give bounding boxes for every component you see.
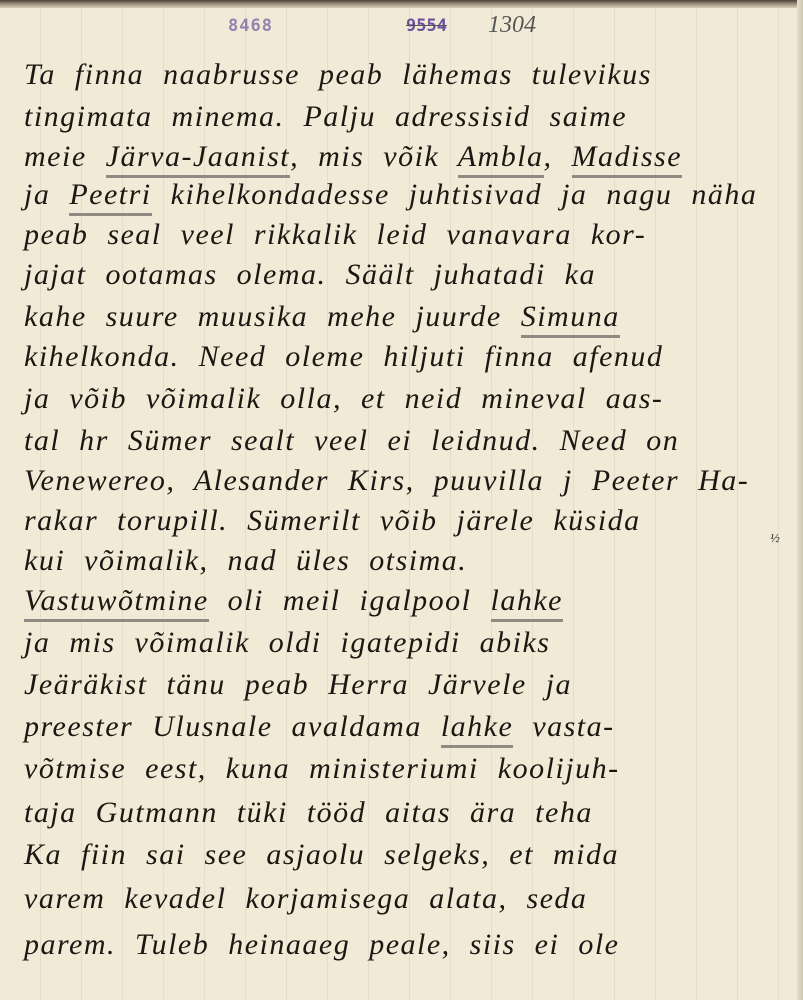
text-line: kui võimalik, nad üles otsima. xyxy=(24,544,784,578)
text-line: preester Ulusnale avaldama lahke vasta- xyxy=(24,710,784,744)
text-line: ja Peetri kihelkondadesse juhtisivad ja … xyxy=(24,178,784,212)
underlined-word: Järva-Jaanist xyxy=(106,140,290,178)
underlined-word: Madisse xyxy=(572,140,683,178)
text-line: tal hr Sümer sealt veel ei leidnud. Need… xyxy=(24,424,784,458)
paper-right-edge xyxy=(797,0,803,1000)
paper-top-edge xyxy=(0,0,803,8)
text-line: Venewereo, Alesander Kirs, puuvilla j Pe… xyxy=(24,464,784,498)
margin-note: ½ xyxy=(770,530,780,546)
text-line: Vastuwõtmine oli meil igalpool lahke xyxy=(24,584,784,618)
struck-old-number: 9554 xyxy=(406,16,447,36)
underlined-word: Simuna xyxy=(521,300,620,338)
underlined-word: Peetri xyxy=(69,178,151,216)
text-line: rakar torupill. Sümerilt võib järele küs… xyxy=(24,504,784,538)
text-line: Ka fiin sai see asjaolu selgeks, et mida xyxy=(24,838,784,872)
text-line: varem kevadel korjamisega alata, seda xyxy=(24,882,784,916)
text-line: jajat ootamas olema. Säält juhatadi ka xyxy=(24,258,784,292)
text-line: meie Järva-Jaanist, mis võik Ambla, Madi… xyxy=(24,140,784,174)
text-line: parem. Tuleb heinaaeg peale, siis ei ole xyxy=(24,928,784,962)
text-line: Jeäräkist tänu peab Herra Järvele ja xyxy=(24,668,784,702)
text-line: taja Gutmann tüki tööd aitas ära teha xyxy=(24,796,784,830)
text-line: ja mis võimalik oldi igatepidi abiks xyxy=(24,626,784,660)
text-line: ja võib võimalik olla, et neid mineval a… xyxy=(24,382,784,416)
underlined-word: lahke xyxy=(441,710,513,748)
underlined-word: Ambla xyxy=(458,140,544,178)
manuscript-page: 8468 9554 1304 Ta finna naabrusse peab l… xyxy=(0,0,803,1000)
text-line: kihelkonda. Need oleme hiljuti finna afe… xyxy=(24,340,784,374)
archive-stamp-number: 8468 xyxy=(228,16,273,36)
text-line: Ta finna naabrusse peab lähemas tuleviku… xyxy=(24,58,784,92)
underlined-word: lahke xyxy=(491,584,563,622)
text-line: võtmise eest, kuna ministeriumi koolijuh… xyxy=(24,752,784,786)
text-line: peab seal veel rikkalik leid vanavara ko… xyxy=(24,218,784,252)
text-line: tingimata minema. Palju adressisid saime xyxy=(24,100,784,134)
underlined-word: Vastuwõtmine xyxy=(24,584,209,622)
text-line: kahe suure muusika mehe juurde Simuna xyxy=(24,300,784,334)
page-number: 1304 xyxy=(488,12,536,39)
